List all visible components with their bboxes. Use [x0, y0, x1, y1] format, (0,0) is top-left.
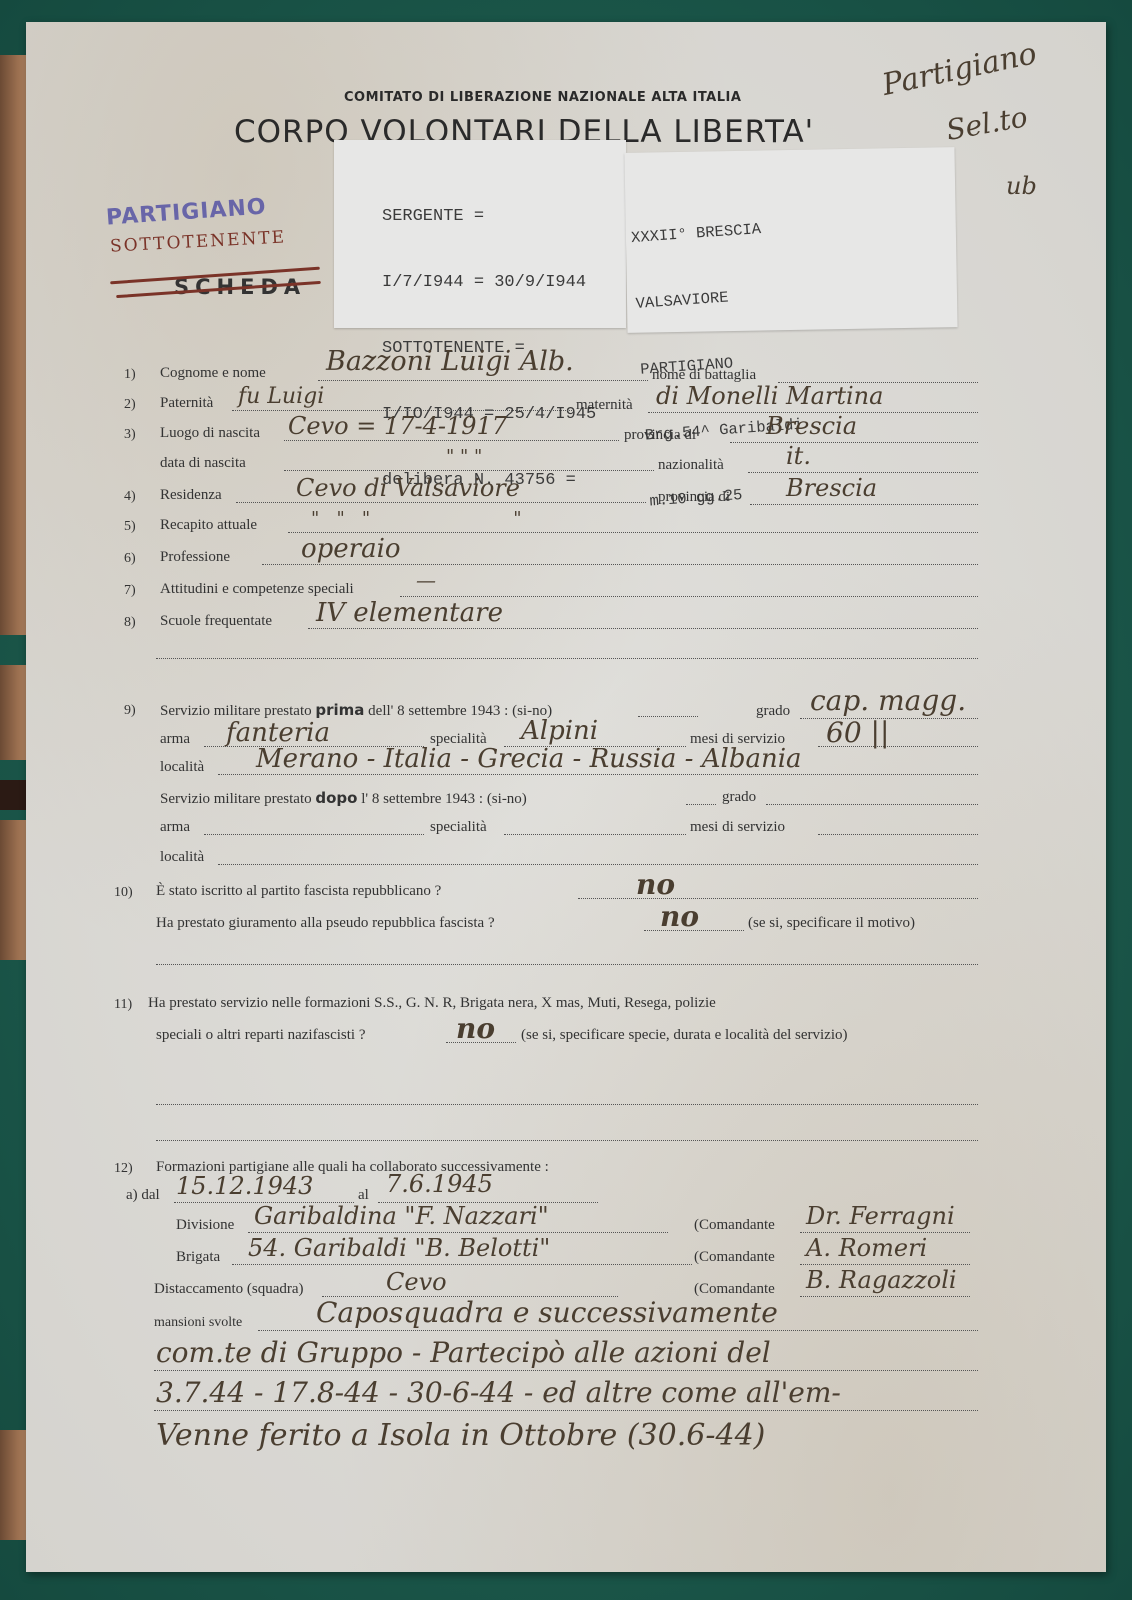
fill-line	[504, 816, 686, 835]
fill-line	[156, 946, 978, 965]
military-after-localita-row: località	[26, 846, 1106, 874]
fill-line	[218, 846, 978, 865]
dal-value: 15.12.1943	[176, 1172, 313, 1200]
address-value: " " " "	[311, 508, 522, 529]
question-note: (se si, specificare specie, durata e loc…	[521, 1027, 848, 1044]
fill-line	[818, 816, 978, 835]
question-text: È stato iscritto al partito fascista rep…	[156, 883, 441, 900]
military-after-arma-row: arma specialità mesi di servizio	[26, 816, 1106, 844]
residence-province-value: Brescia	[786, 474, 877, 502]
field-number: 2)	[124, 397, 136, 413]
fill-line	[400, 578, 978, 597]
skills-value: —	[416, 568, 436, 592]
ss-service-row: 11) Ha prestato servizio nelle formazion…	[26, 992, 1106, 1020]
brigata-value: 54. Garibaldi "B. Belotti"	[248, 1234, 550, 1262]
profession-value: operaio	[301, 534, 401, 564]
field-label: Recapito attuale	[160, 517, 257, 534]
field-row-name: 1) Cognome e nome Bazzoni Luigi Alb. nom…	[26, 362, 1106, 390]
fill-line	[322, 1278, 618, 1297]
schools-value: IV elementare	[316, 598, 503, 628]
field-row-skills: 7) Attitudini e competenze speciali —	[26, 578, 1106, 606]
field-row-address: 5) Recapito attuale " " " "	[26, 514, 1106, 542]
mansioni-row: 3.7.44 - 17.8-44 - 30-6-44 - ed altre co…	[26, 1392, 1106, 1420]
partisan-record-card: COMITATO DI LIBERAZIONE NAZIONALE ALTA I…	[26, 22, 1106, 1572]
divisione-value: Garibaldina "F. Nazzari"	[254, 1202, 549, 1230]
field-number: 10)	[114, 885, 133, 901]
field-number: 9)	[124, 703, 136, 719]
fill-line	[156, 1122, 978, 1141]
distaccamento-value: Cevo	[386, 1268, 447, 1296]
mansioni-line: Venne ferito a Isola in Ottobre (30.6-44…	[156, 1418, 765, 1453]
question-note: (se si, specificare il motivo)	[748, 915, 915, 932]
fill-line	[748, 454, 978, 473]
mansioni-row: Venne ferito a Isola in Ottobre (30.6-44…	[26, 1434, 1106, 1462]
label-text: Servizio militare prestato	[160, 791, 312, 807]
field-row-profession: 6) Professione operaio	[26, 546, 1106, 574]
field-row-paternity: 2) Paternità fu Luigi maternità di Monel…	[26, 392, 1106, 420]
fill-line	[156, 1086, 978, 1105]
maternity-value: di Monelli Martina	[656, 382, 883, 410]
typed-slip-right: XXXII° BRESCIA VALSAVIORE PARTIGIANO Brg…	[624, 147, 957, 333]
field-label: Brigata	[176, 1249, 220, 1266]
field-number: 6)	[124, 551, 136, 567]
field-label: provincia di	[624, 427, 696, 444]
question-text: speciali o altri reparti nazifascisti ?	[156, 1027, 366, 1044]
field-number: 3)	[124, 427, 136, 443]
field-label: Servizio militare prestato prima dell' 8…	[160, 701, 552, 720]
birth-province-value: Brescia	[766, 412, 857, 440]
field-row-birthdate: data di nascita " " " nazionalità it.	[26, 452, 1106, 480]
field-number: 4)	[124, 489, 136, 505]
field-label: nazionalità	[658, 457, 724, 474]
field-number: 8)	[124, 615, 136, 631]
field-label: a) dal	[126, 1187, 160, 1204]
grado-value: cap. magg.	[810, 684, 966, 717]
question-text: Ha prestato giuramento alla pseudo repub…	[156, 915, 495, 932]
divisione-row: Divisione Garibaldina "F. Nazzari" (Coma…	[26, 1214, 1106, 1242]
fascist-party-row: 10) È stato iscritto al partito fascista…	[26, 880, 1106, 908]
handwritten-rank: SOTTOTENENTE	[110, 227, 287, 256]
field-label: località	[160, 759, 204, 776]
answer-value: no	[456, 1012, 495, 1045]
mesi-value: 60 ||	[826, 716, 889, 749]
specialita-value: Alpini	[521, 716, 598, 746]
field-label: Servizio militare prestato dopo l' 8 set…	[160, 789, 527, 808]
military-after-row: Servizio militare prestato dopo l' 8 set…	[26, 786, 1106, 814]
partigiano-stamp: PARTIGIANO	[105, 194, 267, 230]
annotation-initials: ub	[1006, 172, 1037, 200]
field-label: mesi di servizio	[690, 819, 785, 836]
typed-line: VALSAVIORE	[635, 282, 794, 315]
field-label: Distaccamento (squadra)	[154, 1281, 304, 1298]
field-label: Attitudini e competenze speciali	[160, 581, 354, 598]
label-text: l' 8 settembre 1943 : (si-no)	[361, 791, 527, 807]
field-number: 1)	[124, 367, 136, 383]
field-label: (Comandante	[694, 1217, 775, 1234]
field-label: Residenza	[160, 487, 222, 504]
field-label: località	[160, 849, 204, 866]
field-label: arma	[160, 731, 190, 748]
field-number: 11)	[114, 997, 132, 1013]
oath-row: Ha prestato giuramento alla pseudo repub…	[26, 912, 1106, 940]
brigata-commander-value: A. Romeri	[806, 1234, 927, 1262]
birthdate-value: " " "	[446, 446, 482, 467]
name-value: Bazzoni Luigi Alb.	[326, 346, 574, 377]
typed-line: SERGENTE =	[382, 206, 596, 228]
answer-value: no	[636, 868, 675, 901]
annotation-partigiano: Partigiano	[879, 36, 1040, 103]
fill-line	[778, 364, 978, 383]
paternity-value: fu Luigi	[238, 384, 324, 409]
field-label: specialità	[430, 819, 487, 836]
birthplace-value: Cevo = 17-4-1917	[288, 412, 507, 440]
field-label: Professione	[160, 549, 230, 566]
fill-line	[204, 816, 424, 835]
committee-heading: COMITATO DI LIBERAZIONE NAZIONALE ALTA I…	[344, 90, 741, 105]
field-row-residence: 4) Residenza Cevo di Valsaviore provinci…	[26, 484, 1106, 512]
field-label: Paternità	[160, 395, 213, 412]
fill-line	[766, 786, 978, 805]
field-number: 7)	[124, 583, 136, 599]
localita-value: Merano - Italia - Grecia - Russia - Alba…	[256, 744, 802, 774]
label-bold: dopo	[315, 789, 357, 807]
typed-line: XXXII° BRESCIA	[630, 216, 789, 249]
label-bold: prima	[315, 701, 364, 719]
field-label: grado	[722, 789, 756, 806]
field-label: mansioni svolte	[154, 1315, 242, 1331]
field-label: Scuole frequentate	[160, 613, 272, 630]
nationality-value: it.	[786, 442, 811, 470]
field-label: arma	[160, 819, 190, 836]
field-row-birthplace: 3) Luogo di nascita Cevo = 17-4-1917 pro…	[26, 422, 1106, 450]
field-row-schools: 8) Scuole frequentate IV elementare	[26, 610, 1106, 638]
annotation-selto: Sel.to	[944, 100, 1030, 147]
field-label: data di nascita	[160, 455, 246, 472]
field-label: (Comandante	[694, 1249, 775, 1266]
divisione-commander-value: Dr. Ferragni	[806, 1202, 955, 1230]
field-label: Luogo di nascita	[160, 425, 260, 442]
al-value: 7.6.1945	[386, 1170, 493, 1198]
field-label: provincia di	[658, 489, 730, 506]
fill-line	[638, 698, 698, 717]
field-label: Cognome e nome	[160, 365, 266, 382]
fill-line	[686, 786, 716, 805]
typed-slip-left: SERGENTE = I/7/I944 = 30/9/I944 SOTTOTEN…	[334, 140, 626, 328]
field-label: grado	[756, 703, 790, 720]
field-number: 5)	[124, 519, 136, 535]
distaccamento-commander-value: B. Ragazzoli	[806, 1266, 957, 1294]
mansioni-line: 3.7.44 - 17.8-44 - 30-6-44 - ed altre co…	[156, 1376, 841, 1409]
label-text: Servizio militare prestato	[160, 703, 312, 719]
field-label: Divisione	[176, 1217, 234, 1234]
ss-service-row2: speciali o altri reparti nazifascisti ? …	[26, 1024, 1106, 1052]
mansioni-line: com.te di Gruppo - Partecipò alle azioni…	[156, 1336, 771, 1369]
military-localita-row: località Merano - Italia - Grecia - Russ…	[26, 756, 1106, 784]
typed-line: I/7/I944 = 30/9/I944	[382, 272, 596, 294]
answer-value: no	[660, 900, 699, 933]
field-number: 12)	[114, 1161, 133, 1177]
mansioni-line: Caposquadra e successivamente	[316, 1296, 778, 1329]
field-label: maternità	[576, 397, 633, 414]
residence-value: Cevo di Valsaviore	[296, 474, 520, 502]
fill-line	[156, 640, 978, 659]
question-text: Ha prestato servizio nelle formazioni S.…	[148, 995, 716, 1012]
